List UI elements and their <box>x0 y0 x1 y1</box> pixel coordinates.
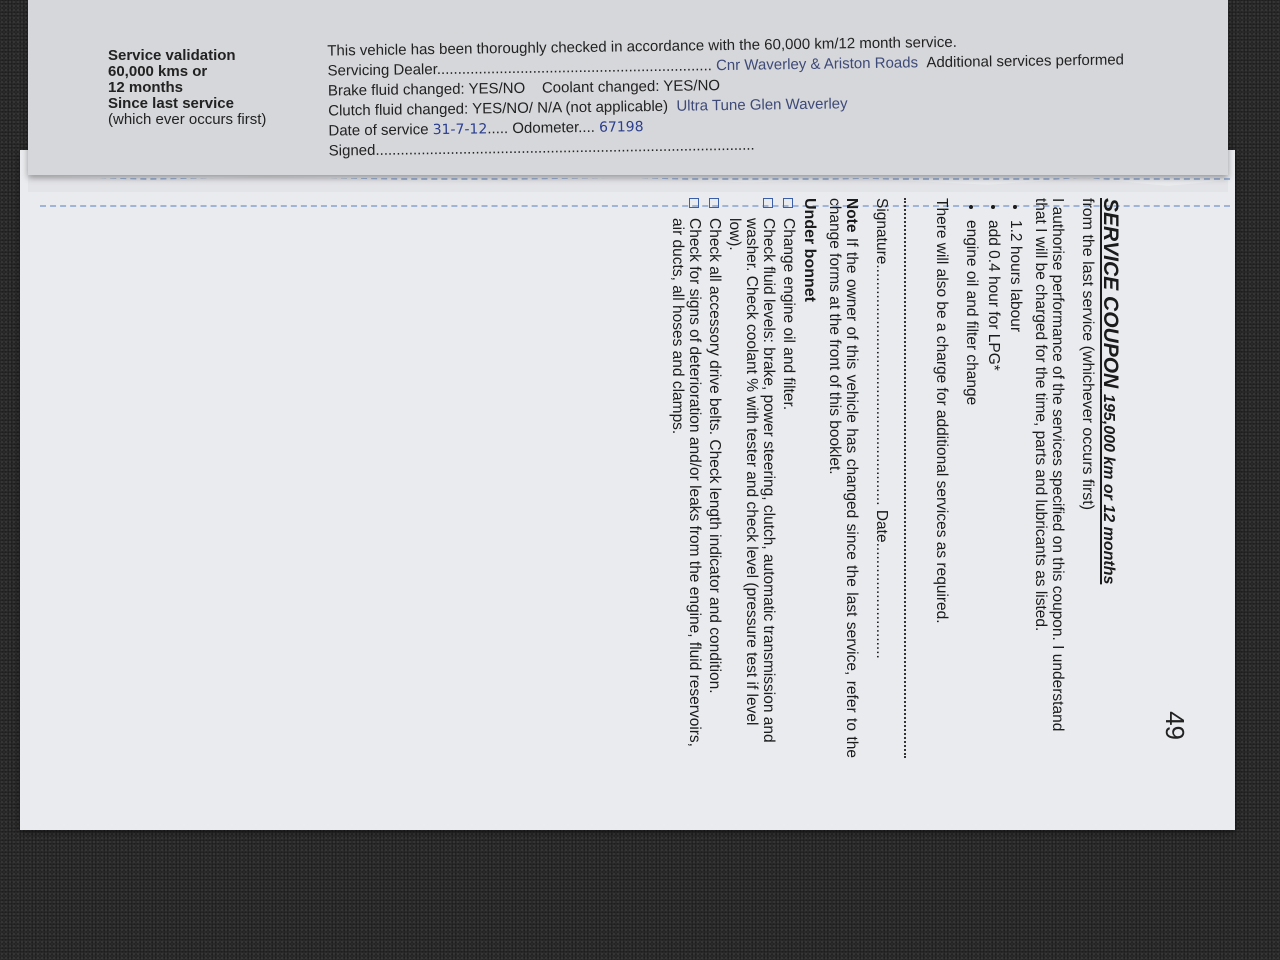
checklist-item: Check fluid levels: brake, power steerin… <box>726 198 777 758</box>
service-validation-flap: Service validation 60,000 kms or 12 mont… <box>28 0 1228 175</box>
dealer-stamp: Ultra Tune Glen Waverley <box>676 95 847 114</box>
validation-label: Service validation 60,000 kms or 12 mont… <box>108 48 266 128</box>
service-items: 1.2 hours labour add 0.4 hour for LPG* e… <box>960 198 1026 758</box>
date-value: 31-7-12 <box>433 121 488 138</box>
service-item: add 0.4 hour for LPG* <box>982 220 1004 758</box>
owner-change-note: Note If the owner of this vehicle has ch… <box>826 198 860 758</box>
coupon-title: SERVICE COUPON 195,000 km or 12 months <box>1098 198 1122 758</box>
service-coupon: 49 SERVICE COUPON 195,000 km or 12 month… <box>290 198 1150 758</box>
odometer-value: 67198 <box>599 119 644 136</box>
checkbox-icon[interactable] <box>689 198 699 208</box>
validation-fields: This vehicle has been thoroughly checked… <box>327 30 1125 161</box>
authorisation-text: I authorise performance of the services … <box>1032 198 1066 758</box>
coupon-subtitle: from the last service (whichever occurs … <box>1078 198 1096 758</box>
checkbox-icon[interactable] <box>783 198 793 208</box>
checklist-item: Check all accessory drive belts. Check l… <box>706 198 723 758</box>
checkbox-icon[interactable] <box>709 198 719 208</box>
page-number: 49 <box>1159 711 1190 740</box>
signature-row: Signature...............................… <box>872 198 890 758</box>
dealer-stamp: Cnr Waverley & Ariston Roads <box>716 54 918 74</box>
additional-charge-text: There will also be a charge for addition… <box>932 198 950 758</box>
checklist-item: Check for signs of deterioration and/or … <box>669 198 703 758</box>
dotted-line <box>904 198 928 758</box>
checkbox-icon[interactable] <box>763 198 773 208</box>
under-bonnet-header: Under bonnet <box>800 198 818 758</box>
checklist-item: Change engine oil and filter. <box>780 198 797 758</box>
service-item: engine oil and filter change <box>960 220 982 758</box>
service-item: 1.2 hours labour <box>1004 220 1026 758</box>
